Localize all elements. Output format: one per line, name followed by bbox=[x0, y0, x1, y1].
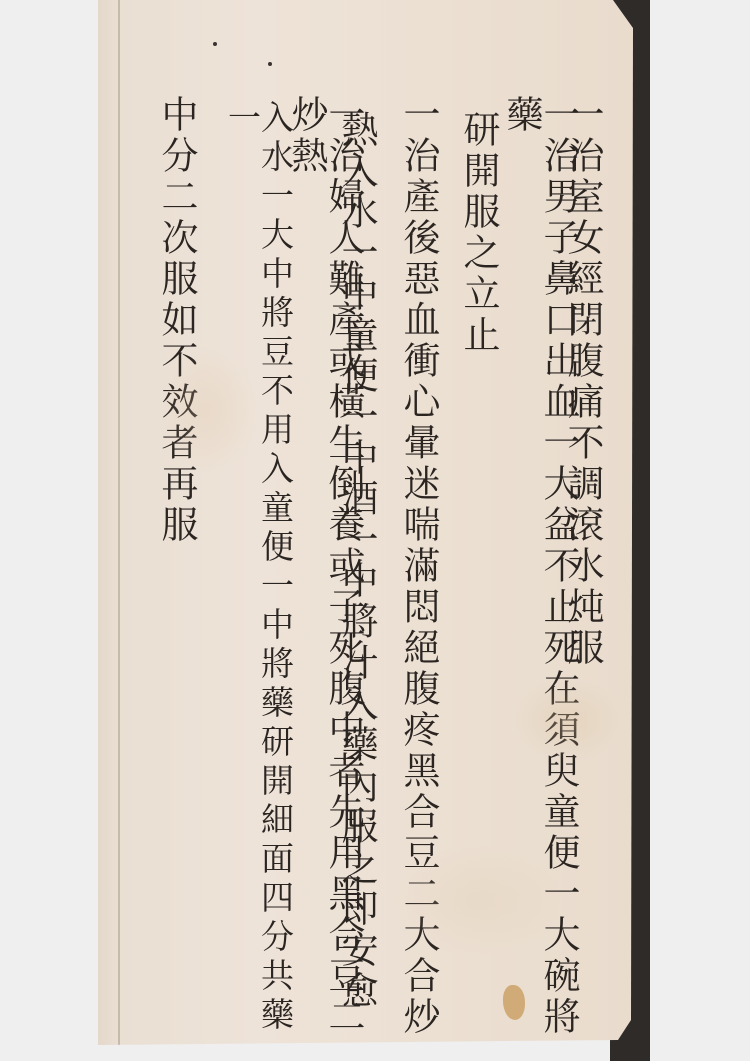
manuscript-scan: 一治室女經閉腹痛不調滾水炖服 一治男子鼻口出血一大盆不止死在須臾童便一大碗將藥 … bbox=[98, 0, 650, 1061]
text-column-4: 一治產後惡血衝心暈迷喘滿悶絕腹疼黑合豆二大合炒 bbox=[400, 95, 437, 1038]
text-column-8: 中分二次服如不效者再服 bbox=[158, 95, 195, 546]
ink-speck bbox=[268, 62, 272, 66]
binding-fold-line bbox=[118, 0, 120, 1045]
text-column-3: 研開服之立止 bbox=[460, 110, 497, 356]
ink-speck bbox=[213, 42, 217, 46]
text-column-5: 熱入水一中童便一中酒一中將汁入藥內服之即安愈 bbox=[338, 110, 375, 1012]
paper-stain bbox=[503, 985, 525, 1020]
text-column-2: 一治男子鼻口出血一大盆不止死在須臾童便一大碗將藥 bbox=[503, 95, 577, 1061]
text-column-1: 一治室女經閉腹痛不調滾水炖服 bbox=[564, 95, 601, 669]
text-column-7: 入水一大中將豆不用入童便一中將藥研開細面四分共藥一 bbox=[226, 100, 292, 1061]
text-column-6: 一治婦人難產或橫生倒養或子死腹中者先用黑合豆二炒熱 bbox=[288, 95, 362, 1061]
manuscript-page: 一治室女經閉腹痛不調滾水炖服 一治男子鼻口出血一大盆不止死在須臾童便一大碗將藥 … bbox=[98, 0, 633, 1061]
